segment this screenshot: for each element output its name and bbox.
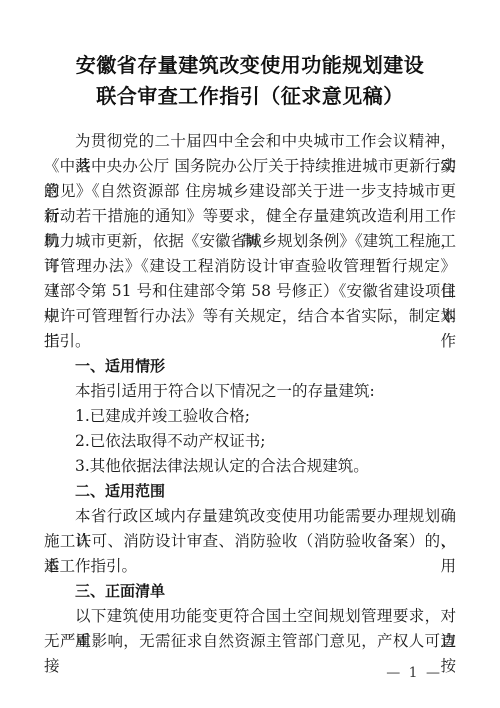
document-page: 安徽省存量建筑改变使用功能规划建设 联合审查工作指引（征求意见稿） 为贯彻党的二… <box>0 0 500 708</box>
text-line: 《中共中央办公厅 国务院办公厅关于持续推进城市更新行动的 <box>44 154 456 179</box>
list-item: 1.已建成并竣工验收合格; <box>44 404 456 429</box>
text-line: 行动若干措施的通知》等要求，健全存量建筑改造利用工作机制， <box>44 204 456 229</box>
text-line: 以下建筑使用功能变更符合国土空间规划管理要求，对周边 <box>44 604 456 629</box>
text-line: 中许可管理暂行办法》等有关规定，结合本省实际，制定本工作 <box>44 304 456 329</box>
text-line: 本指引适用于符合以下情况之一的存量建筑: <box>44 379 456 404</box>
document-title: 安徽省存量建筑改变使用功能规划建设 联合审查工作指引（征求意见稿） <box>44 50 456 112</box>
list-item: 3.其他依据法律法规认定的合法合规建筑。 <box>44 454 456 479</box>
document-body: 为贯彻党的二十届四中全会和中央城市工作会议精神，落实 《中共中央办公厅 国务院办… <box>44 129 456 654</box>
document-title-line-1: 安徽省存量建筑改变使用功能规划建设 <box>44 50 456 81</box>
text-line: 助力城市更新，依据《安徽省城乡规划条例》《建筑工程施工许 <box>44 229 456 254</box>
section-heading-1: 一、适用情形 <box>44 354 456 379</box>
text-line: 建部令第 51 号和住建部令第 58 号修正）《安徽省建设项目规划 <box>44 279 456 304</box>
text-line: 意见》《自然资源部 住房城乡建设部关于进一步支持城市更新 <box>44 179 456 204</box>
text-line: 无严重影响，无需征求自然资源主管部门意见，产权人可直接按 <box>44 629 456 654</box>
section-heading-2: 二、适用范围 <box>44 479 456 504</box>
list-item: 2.已依法取得不动产权证书; <box>44 429 456 454</box>
text-line: 为贯彻党的二十届四中全会和中央城市工作会议精神，落实 <box>44 129 456 154</box>
page-number: — 1 — <box>386 664 442 682</box>
document-title-line-2: 联合审查工作指引（征求意见稿） <box>44 81 456 112</box>
text-line: 本省行政区域内存量建筑改变使用功能需要办理规划确认、 <box>44 504 456 529</box>
text-line: 可管理办法》《建设工程消防设计审查验收管理暂行规定》（住 <box>44 254 456 279</box>
text-line: 施工许可、消防设计审查、消防验收（消防验收备案）的，适用 <box>44 529 456 554</box>
section-heading-3: 三、正面清单 <box>44 579 456 604</box>
